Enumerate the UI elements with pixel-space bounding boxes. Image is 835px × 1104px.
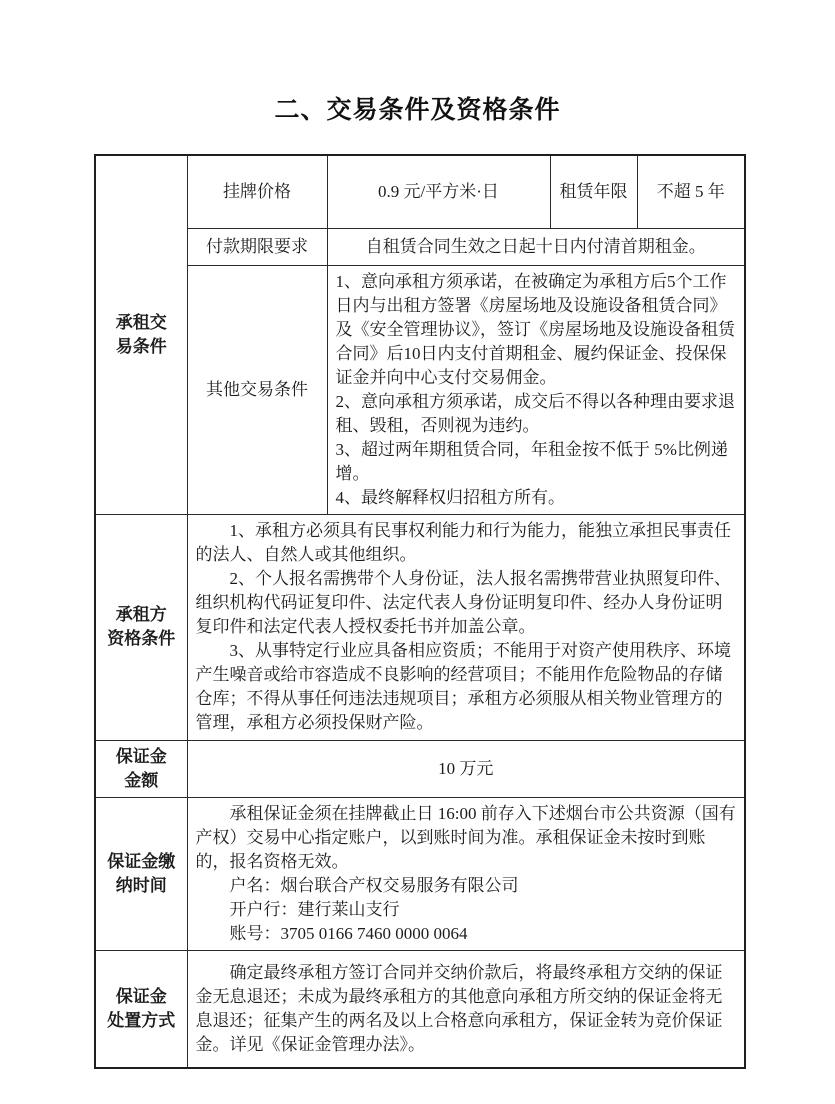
other-conditions-item: 1、意向承租方须承诺，在被确定为承租方后5个工作日内与出租方签署《房屋场地及设施… bbox=[336, 270, 737, 390]
other-conditions-text: 1、意向承租方须承诺，在被确定为承租方后5个工作日内与出租方签署《房屋场地及设施… bbox=[327, 265, 745, 514]
other-conditions-label: 其他交易条件 bbox=[187, 265, 327, 514]
bank-line: 开户行：建行莱山支行 bbox=[196, 898, 737, 922]
page-title: 二、交易条件及资格条件 bbox=[0, 90, 835, 126]
qualification-text: 1、承租方必须具有民事权利能力和行为能力，能独立承担民事责任的法人、自然人或其他… bbox=[187, 514, 745, 740]
row-header-deposit-amount: 保证金 金额 bbox=[95, 740, 187, 797]
conditions-table: 承租交 易条件 挂牌价格 0.9 元/平方米·日 租赁年限 不超 5 年 付款期… bbox=[94, 154, 746, 1069]
other-conditions-item: 2、意向承租方须承诺，成交后不得以各种理由要求退租、毁租，否则视为违约。 bbox=[336, 390, 737, 438]
qualification-paragraph: 1、承租方必须具有民事权利能力和行为能力，能独立承担民事责任的法人、自然人或其他… bbox=[196, 519, 737, 567]
row-header-deposit-disposal: 保证金 处置方式 bbox=[95, 950, 187, 1068]
other-conditions-item: 4、最终解释权归招租方所有。 bbox=[336, 486, 737, 510]
lease-term-label: 租赁年限 bbox=[550, 155, 637, 228]
row-header-deposit-payment: 保证金缴 纳时间 bbox=[95, 797, 187, 950]
other-conditions-item: 3、超过两年期租赁合同，年租金按不低于 5%比例递增。 bbox=[336, 438, 737, 486]
payment-deadline-label: 付款期限要求 bbox=[187, 228, 327, 265]
deposit-disposal-paragraph: 确定最终承租方签订合同并交纳价款后，将最终承租方交纳的保证金无息退还；未成为最终… bbox=[196, 961, 737, 1057]
account-number-line: 账号：3705 0166 7460 0000 0064 bbox=[196, 922, 737, 946]
deposit-payment-intro: 承租保证金须在挂牌截止日 16:00 前存入下述烟台市公共资源（国有产权）交易中… bbox=[196, 802, 737, 874]
listing-price-value: 0.9 元/平方米·日 bbox=[327, 155, 550, 228]
listing-price-label: 挂牌价格 bbox=[187, 155, 327, 228]
document-page: 二、交易条件及资格条件 承租交 易条件 挂牌价格 0.9 元/平方米·日 租赁年… bbox=[0, 0, 835, 1104]
row-header-rental-conditions: 承租交 易条件 bbox=[95, 155, 187, 514]
account-name-line: 户名：烟台联合产权交易服务有限公司 bbox=[196, 874, 737, 898]
qualification-paragraph: 3、从事特定行业应具备相应资质；不能用于对资产使用秩序、环境产生噪音或给市容造成… bbox=[196, 639, 737, 735]
qualification-paragraph: 2、个人报名需携带个人身份证，法人报名需携带营业执照复印件、组织机构代码证复印件… bbox=[196, 567, 737, 639]
deposit-payment-text: 承租保证金须在挂牌截止日 16:00 前存入下述烟台市公共资源（国有产权）交易中… bbox=[187, 797, 745, 950]
deposit-amount-value: 10 万元 bbox=[187, 740, 745, 797]
row-header-qualification: 承租方 资格条件 bbox=[95, 514, 187, 740]
deposit-disposal-text: 确定最终承租方签订合同并交纳价款后，将最终承租方交纳的保证金无息退还；未成为最终… bbox=[187, 950, 745, 1068]
payment-deadline-value: 自租赁合同生效之日起十日内付清首期租金。 bbox=[327, 228, 745, 265]
lease-term-value: 不超 5 年 bbox=[637, 155, 745, 228]
